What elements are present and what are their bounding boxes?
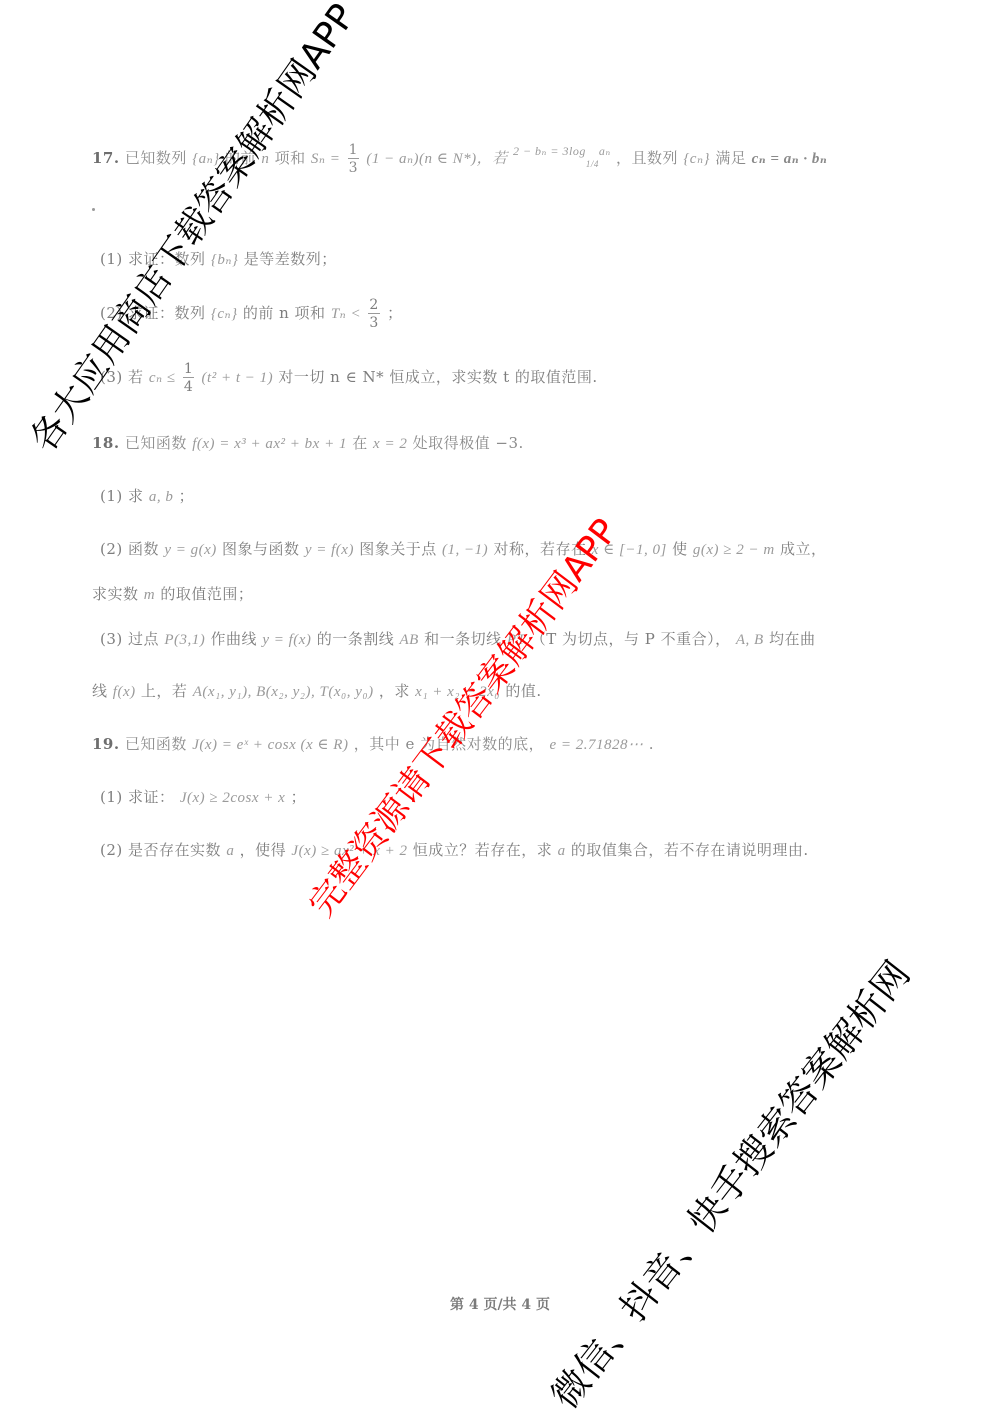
c-relation: cₙ = aₙ · bₙ xyxy=(752,151,828,167)
exam-page: 17. 已知数列 {aₙ} 的前 n 项和 Sₙ = 13 (1 − aₙ)(n… xyxy=(0,0,1000,1415)
q19-part1: (1) 求证： J(x) ≥ 2cosx + x ； xyxy=(100,786,306,807)
fraction-two-thirds: 23 xyxy=(368,298,379,330)
stray-period xyxy=(92,208,95,211)
seq-a: {aₙ} xyxy=(192,151,220,167)
q18-part2-line2: 求实数 m 的取值范围； xyxy=(92,583,253,604)
page-number: 第 4 页/共 4 页 xyxy=(0,1294,1000,1314)
fraction-one-third: 13 xyxy=(348,143,359,175)
q18-part3-line2: 线 f(x) 上，若 A(x₁, y₁), B(x₂, y₂), T(x₀, y… xyxy=(92,680,542,701)
q19-part2: (2) 是否存在实数 a ，使得 J(x) ≥ ax² + x + 2 恒成立？… xyxy=(100,839,809,860)
log-condition: 2 − bₙ = 3log xyxy=(513,144,586,158)
q18-part1: (1) 求 a, b ； xyxy=(100,485,194,506)
q18-part2-line1: (2) 函数 y = g(x) 图象与函数 y = f(x) 图象关于点 (1,… xyxy=(100,538,827,559)
q19-number: 19. xyxy=(92,735,120,753)
watermark-bottom-right: 微信、抖音、快手搜索答案解析网 xyxy=(545,955,916,1415)
q18-number: 18. xyxy=(92,434,120,452)
q19-stem: 19. 已知函数 J(x) = eˣ + cosx (x ∈ R) ，其中 e … xyxy=(92,733,654,754)
fraction-one-quarter: 14 xyxy=(183,362,194,394)
q17-part3: (3) 若 cₙ ≤ 14 (t² + t − 1) 对一切 n ∈ N* 恒成… xyxy=(100,362,598,394)
q17-part2: (2) 求证：数列 {cₙ} 的前 n 项和 Tₙ < 23 ； xyxy=(100,298,403,330)
watermark-center: 完整资源请下载答案解析网APP xyxy=(304,514,625,923)
q18-part3-line1: (3) 过点 P(3,1) 作曲线 y = f(x) 的一条割线 AB 和一条切… xyxy=(100,628,816,649)
q17-number: 17. xyxy=(92,149,120,167)
q18-stem: 18. 已知函数 f(x) = x³ + ax² + bx + 1 在 x = … xyxy=(92,432,524,453)
q17-part1: (1) 求证：数列 {bₙ} 是等差数列； xyxy=(100,248,337,269)
q17-stem: 17. 已知数列 {aₙ} 的前 n 项和 Sₙ = 13 (1 − aₙ)(n… xyxy=(92,143,827,175)
